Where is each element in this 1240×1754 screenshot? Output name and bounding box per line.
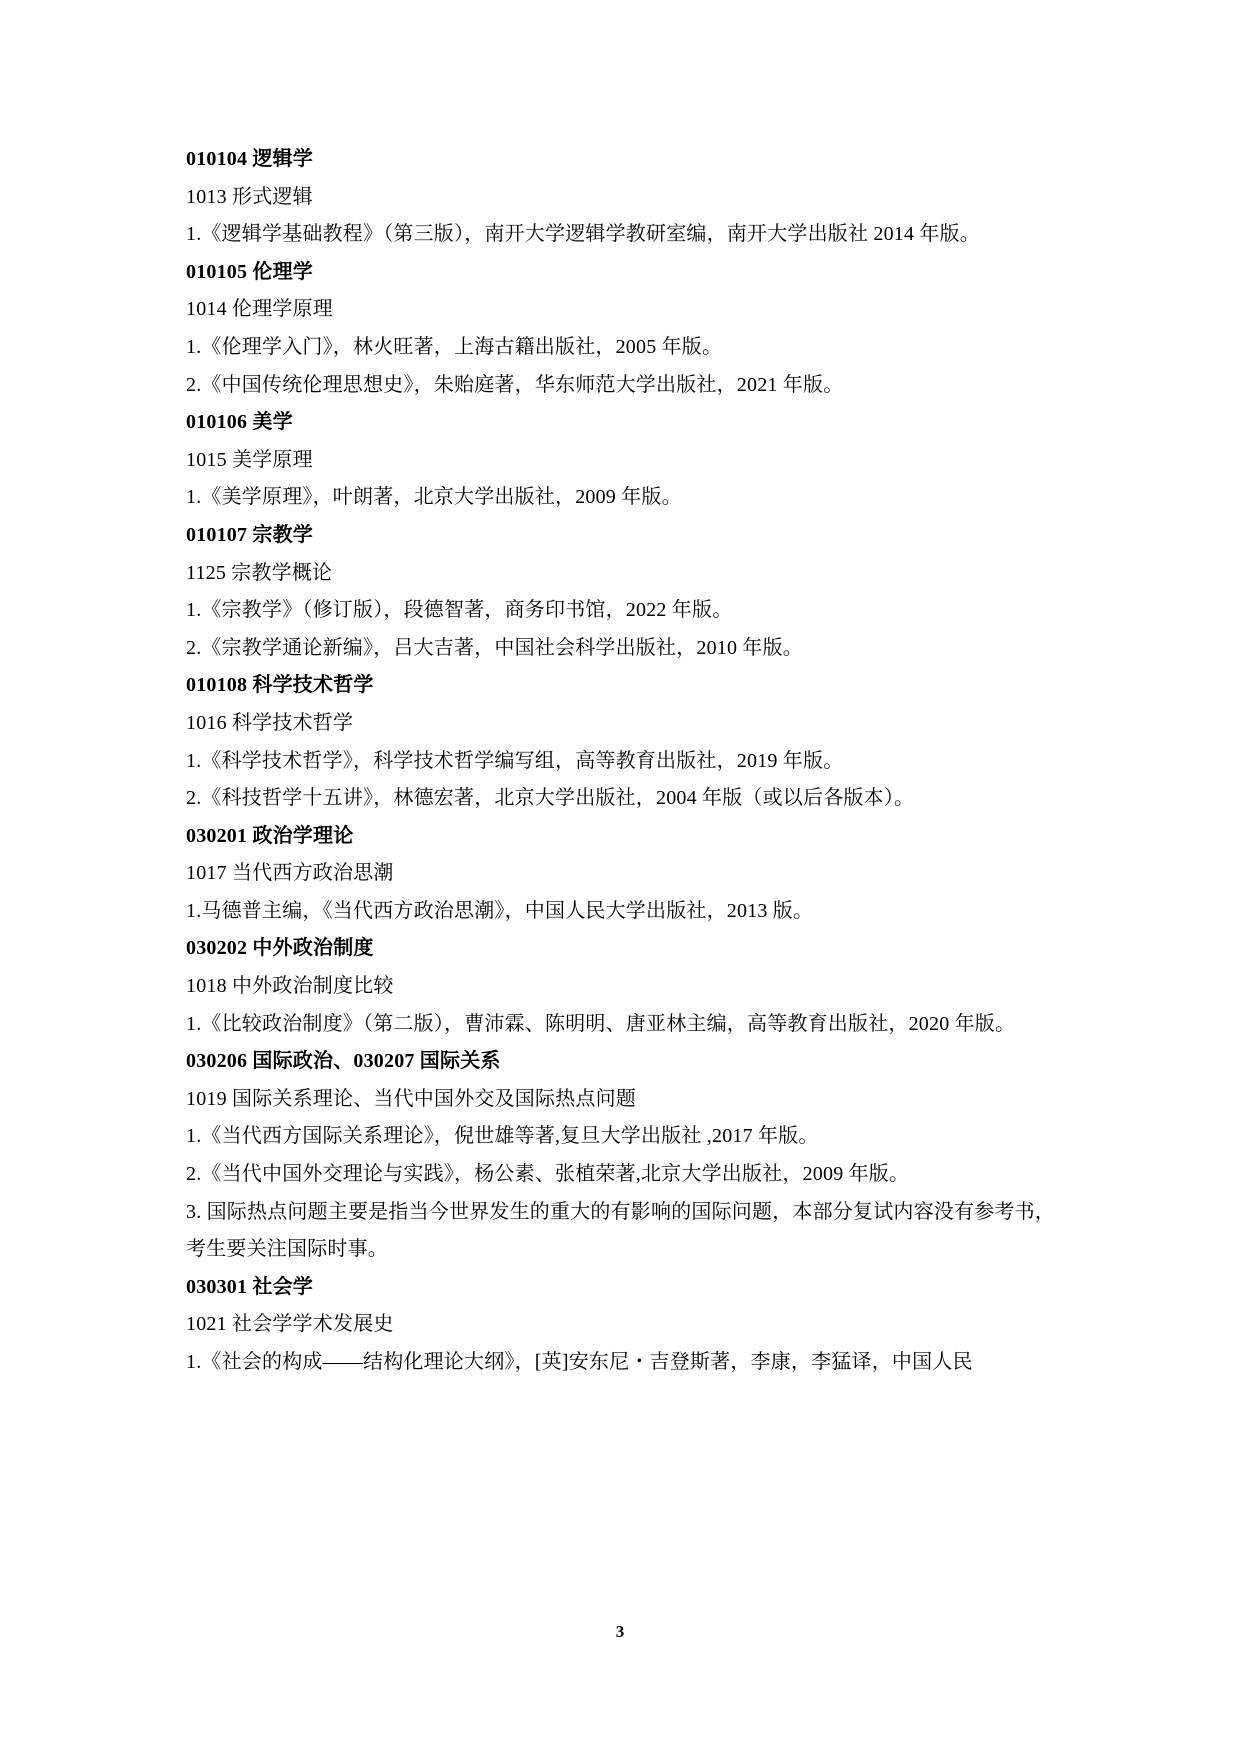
section-heading-political-systems: 030202 中外政治制度: [186, 930, 1056, 968]
document-body: 010104 逻辑学 1013 形式逻辑 1.《逻辑学基础教程》（第三版），南开…: [186, 141, 1056, 1382]
course-title: 1125 宗教学概论: [186, 555, 1056, 593]
course-title: 1021 社会学学术发展史: [186, 1306, 1056, 1344]
reference-item: 1.《科学技术哲学》，科学技术哲学编写组，高等教育出版社，2019 年版。: [186, 743, 1056, 781]
course-title: 1014 伦理学原理: [186, 291, 1056, 329]
reference-item: 1.马德普主编，《当代西方政治思潮》，中国人民大学出版社，2013 版。: [186, 893, 1056, 931]
reference-item: 2.《宗教学通论新编》，吕大吉著，中国社会科学出版社，2010 年版。: [186, 630, 1056, 668]
section-heading-religious-studies: 010107 宗教学: [186, 517, 1056, 555]
course-title: 1017 当代西方政治思潮: [186, 855, 1056, 893]
reference-item: 1.《社会的构成——结构化理论大纲》，[英]安东尼・吉登斯著，李康，李猛译，中国…: [186, 1344, 1056, 1382]
reference-item: 1.《逻辑学基础教程》（第三版），南开大学逻辑学教研室编，南开大学出版社 201…: [186, 216, 1056, 254]
reference-item: 1.《比较政治制度》（第二版），曹沛霖、陈明明、唐亚林主编，高等教育出版社，20…: [186, 1006, 1056, 1044]
course-title: 1019 国际关系理论、当代中国外交及国际热点问题: [186, 1081, 1056, 1119]
section-heading-logic: 010104 逻辑学: [186, 141, 1056, 179]
section-heading-sociology: 030301 社会学: [186, 1269, 1056, 1307]
course-title: 1013 形式逻辑: [186, 179, 1056, 217]
course-title: 1018 中外政治制度比较: [186, 968, 1056, 1006]
reference-item: 1.《宗教学》（修订版），段德智著，商务印书馆，2022 年版。: [186, 592, 1056, 630]
document-page: 010104 逻辑学 1013 形式逻辑 1.《逻辑学基础教程》（第三版），南开…: [0, 0, 1240, 1754]
reference-note: 3. 国际热点问题主要是指当今世界发生的重大的有影响的国际问题，本部分复试内容没…: [186, 1194, 1056, 1269]
section-heading-international-relations: 030206 国际政治、030207 国际关系: [186, 1043, 1056, 1081]
reference-item: 1.《美学原理》，叶朗著，北京大学出版社，2009 年版。: [186, 479, 1056, 517]
section-heading-political-theory: 030201 政治学理论: [186, 818, 1056, 856]
course-title: 1016 科学技术哲学: [186, 705, 1056, 743]
page-number: 3: [0, 1622, 1240, 1642]
section-heading-aesthetics: 010106 美学: [186, 404, 1056, 442]
course-title: 1015 美学原理: [186, 442, 1056, 480]
reference-item: 2.《中国传统伦理思想史》，朱贻庭著，华东师范大学出版社，2021 年版。: [186, 367, 1056, 405]
reference-item: 2.《科技哲学十五讲》，林德宏著，北京大学出版社，2004 年版（或以后各版本）…: [186, 780, 1056, 818]
reference-item: 1.《当代西方国际关系理论》，倪世雄等著,复旦大学出版社 ,2017 年版。: [186, 1118, 1056, 1156]
section-heading-ethics: 010105 伦理学: [186, 254, 1056, 292]
reference-item: 1.《伦理学入门》，林火旺著，上海古籍出版社，2005 年版。: [186, 329, 1056, 367]
reference-item: 2.《当代中国外交理论与实践》，杨公素、张植荣著,北京大学出版社，2009 年版…: [186, 1156, 1056, 1194]
section-heading-philosophy-of-science: 010108 科学技术哲学: [186, 667, 1056, 705]
